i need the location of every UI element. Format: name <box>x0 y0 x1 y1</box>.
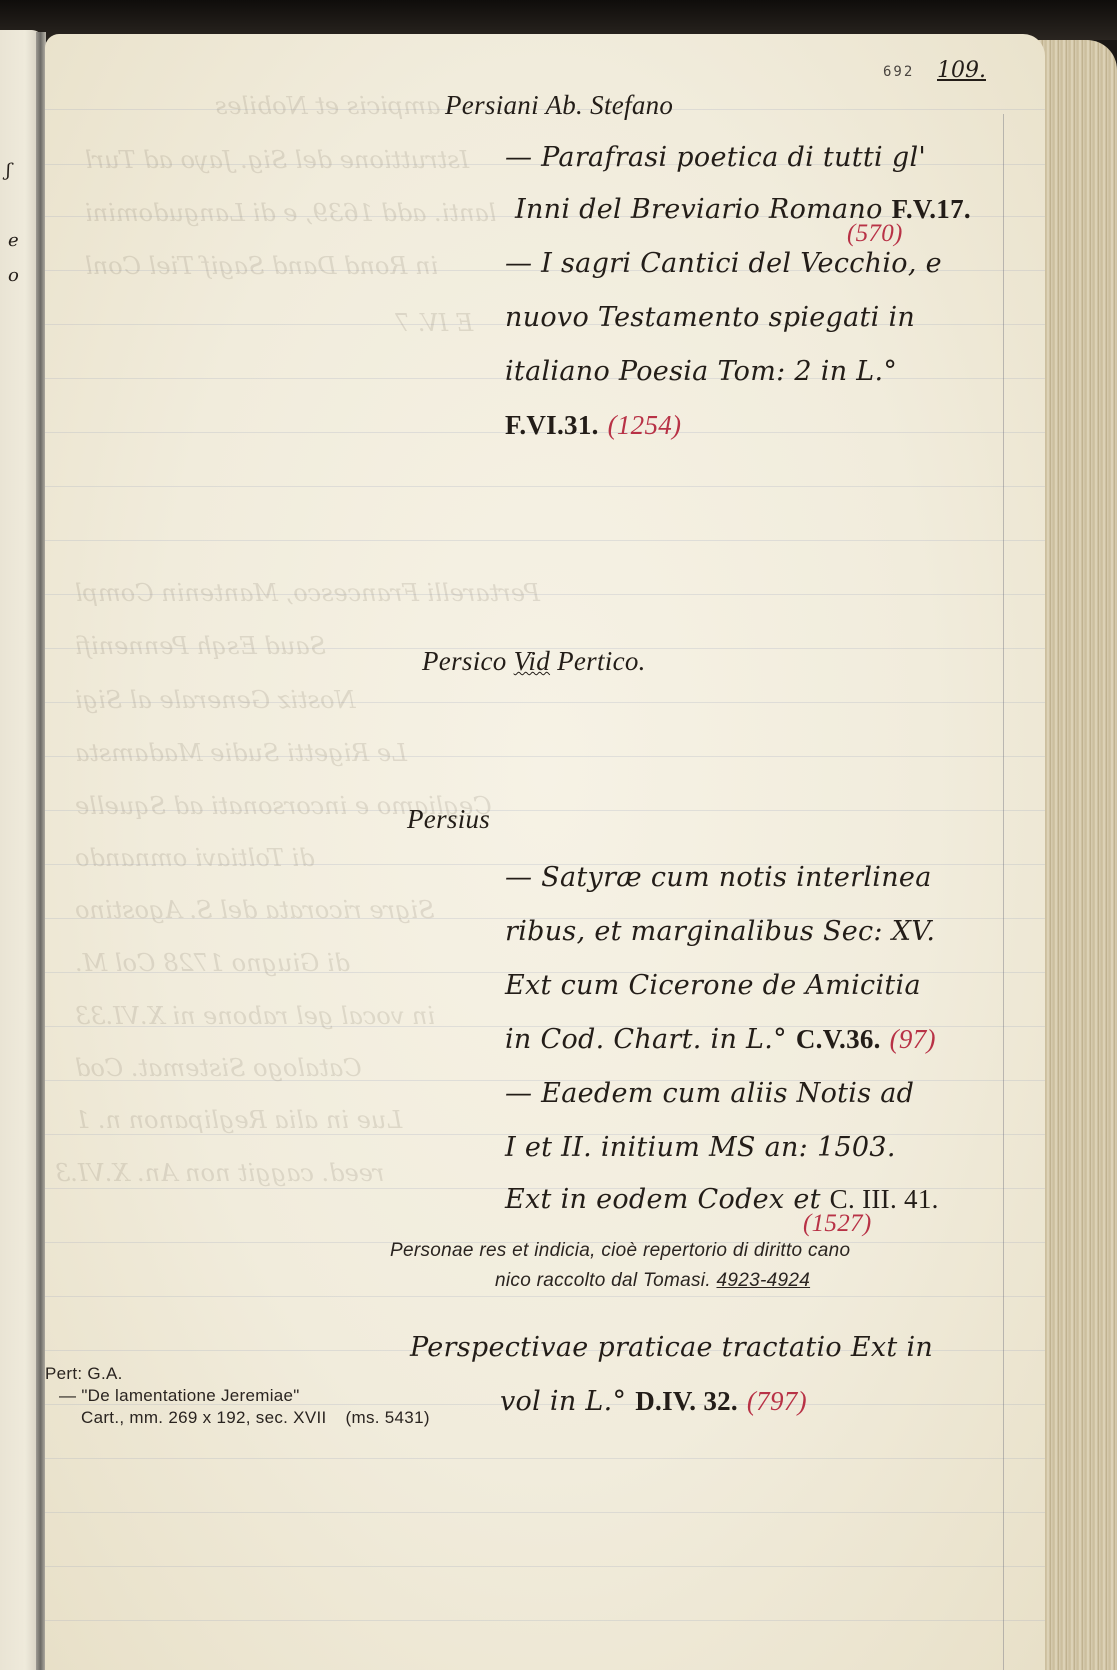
ms-numbers: 4923-4924 <box>717 1270 811 1291</box>
entry-line-later-hand: nico raccolto dal Tomasi. 4923-4924 <box>495 1270 810 1292</box>
see-reference-target: Pertico. <box>557 646 646 676</box>
bleed-through-text: Lue in alia Reglipanon n. 1 <box>75 1106 402 1134</box>
margin-rule <box>1003 114 1004 1670</box>
margin-note-line: — "De lamentatione Jeremiae" <box>59 1386 300 1406</box>
entry-line: I et II. initium MS an: 1503. <box>505 1132 896 1163</box>
page-block-edge <box>1035 40 1117 1670</box>
bleed-through-text: Istruttione del Sig. Jayo ad Turl <box>85 146 469 174</box>
bleed-through-text: lanti. add 1639, e di Langudomini <box>85 199 496 227</box>
shelfmark: F.V.17. <box>892 194 971 224</box>
bleed-through-text: Sigre ricorata del S. Agostino <box>75 896 435 924</box>
entry-line: Ext in eodem Codex et C. III. 41. <box>505 1184 939 1215</box>
ms-number: (ms. 5431) <box>346 1408 430 1427</box>
shelfmark: D.IV. 32. <box>635 1386 738 1416</box>
entry-line: — Eaedem cum aliis Notis ad <box>505 1078 914 1109</box>
entry-line: Ext cum Cicerone de Amicitia <box>505 970 921 1001</box>
entry-heading-persius: Persius <box>407 804 490 835</box>
entry-heading-perspectivae: Perspectivae praticae tractatio Ext in <box>410 1332 933 1363</box>
margin-note-line: Cart., mm. 269 x 192, sec. XVII (ms. 543… <box>81 1408 430 1428</box>
red-reference-number: (797) <box>747 1386 807 1416</box>
red-reference-number: (1527) <box>803 1210 871 1238</box>
entry-line: — Parafrasi poetica di tutti gl' <box>505 142 926 173</box>
bleed-through-text: in Rond Dand Sagif Tiel Conl <box>85 252 438 280</box>
entry-line: F.VI.31. (1254) <box>505 410 681 441</box>
entry-line: — Satyræ cum notis interlinea <box>505 862 932 893</box>
shelfmark: F.VI.31. <box>505 410 599 440</box>
bleed-through-text: Le Rigetti Sudie Madamsta <box>75 739 407 767</box>
manuscript-page: ampicis et Nobiles Istruttione del Sig. … <box>45 34 1045 1670</box>
bleed-through-text: di Toltiavi omnando <box>75 844 315 872</box>
red-reference-number: (97) <box>890 1024 936 1054</box>
entry-line: vol in L.° D.IV. 32. (797) <box>500 1386 807 1417</box>
bleed-through-text: Nostiz Generale al Sigi <box>75 686 355 714</box>
bleed-through-text: di Giugno 1728 Col M. <box>75 949 350 977</box>
bleed-through-text: reed. caggit non An. X.VI.3 <box>55 1159 384 1187</box>
entry-line: ribus, et marginalibus Sec: XV. <box>505 916 935 947</box>
archive-stamp-number: 692 <box>883 64 914 80</box>
red-reference-number: (570) <box>847 220 903 248</box>
entry-heading-persiani: Persiani Ab. Stefano <box>445 90 673 121</box>
entry-line: nuovo Testamento spiegati in <box>505 302 915 333</box>
bleed-through-text: ampicis et Nobiles <box>215 92 440 120</box>
entry-line-later-hand: Personae res et indicia, cioè repertorio… <box>390 1240 850 1262</box>
bleed-through-text: in vocal gel rabone ni X.VI.33 <box>75 1002 435 1030</box>
margin-note-line: Pert: G.A. <box>45 1364 123 1384</box>
entry-heading-persico: Persico Vid Pertico. <box>422 646 646 677</box>
folio-number: 109. <box>937 58 986 83</box>
shelfmark: C.V.36. <box>796 1024 881 1054</box>
bleed-through-text: Pertarelli Francesco, Mantenin Compl <box>75 579 540 607</box>
entry-line: — I sagri Cantici del Vecchio, e <box>505 248 942 279</box>
bleed-through-text: Saud Esqh Pennenifi <box>75 632 326 660</box>
red-reference-number: (1254) <box>608 410 682 440</box>
bleed-through-text: Catalogo Sistemat. Cod <box>75 1054 362 1082</box>
see-reference-label: Vid <box>514 646 550 676</box>
entry-line: italiano Poesia Tom: 2 in L.° <box>505 356 897 387</box>
entry-line: in Cod. Chart. in L.° C.V.36. (97) <box>505 1024 936 1055</box>
bleed-through-text: E IV. 7 <box>395 309 473 337</box>
